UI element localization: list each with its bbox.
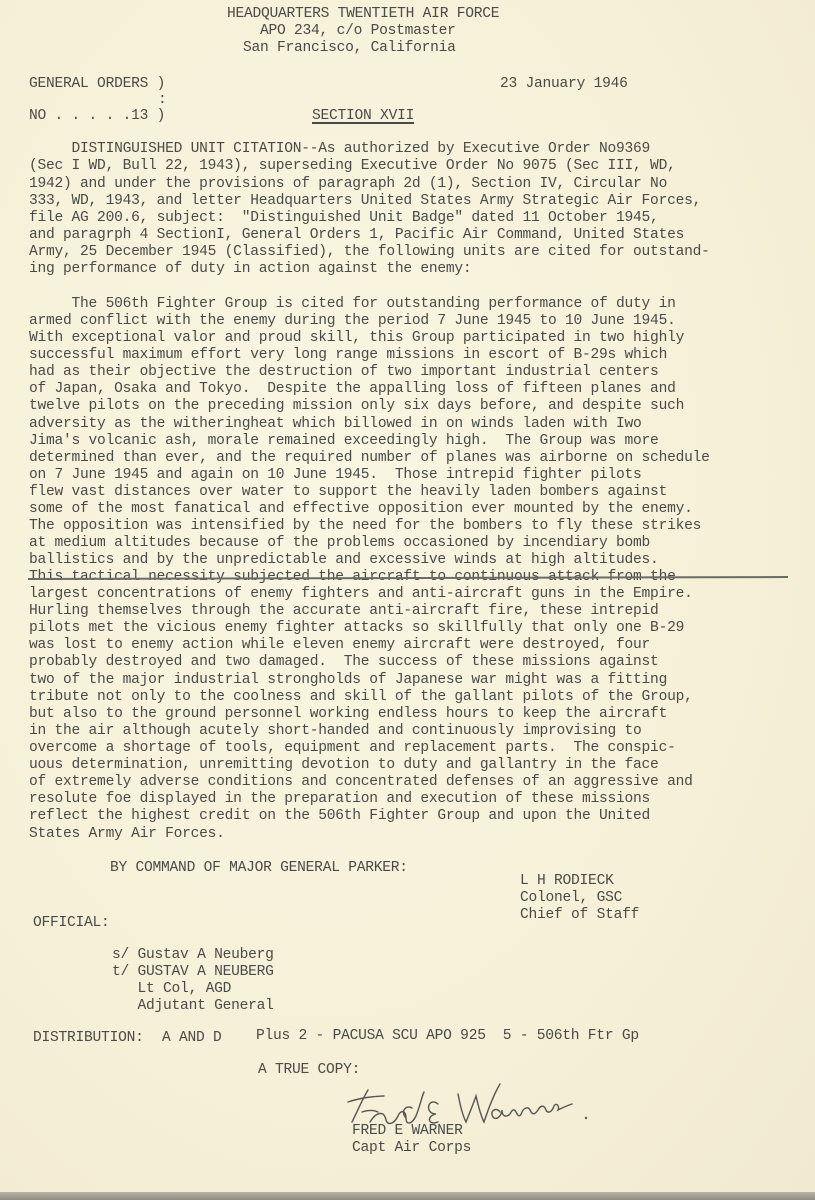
text-line: tribute not only to the coolness and ski… <box>29 689 693 705</box>
certifying-officer-name: FRED E WARNER <box>352 1123 463 1139</box>
text-line: uous determination, unremitting devotion… <box>29 757 659 773</box>
text-line: The 506th Fighter Group is cited for out… <box>29 296 676 312</box>
section-heading: SECTION XVII <box>312 108 414 124</box>
distribution-label: DISTRIBUTION: <box>33 1030 144 1046</box>
text-line: Jima's volcanic ash, morale remained exc… <box>29 433 659 449</box>
official-signed: s/ Gustav A Neuberg <box>112 947 274 963</box>
text-line: twelve pilots on the preceding mission o… <box>29 398 684 414</box>
text-line: States Army Air Forces. <box>29 826 225 842</box>
text-line: was lost to enemy action while eleven en… <box>29 637 650 653</box>
text-line: of extremely adverse conditions and conc… <box>29 774 693 790</box>
text-line: two of the major industrial strongholds … <box>29 672 667 688</box>
official-title: Adjutant General <box>112 998 274 1014</box>
text-line: armed conflict with the enemy during the… <box>29 313 676 329</box>
text-line: some of the most fanatical and effective… <box>29 501 693 517</box>
chief-of-staff-rank: Colonel, GSC <box>520 890 622 906</box>
text-line: overcome a shortage of tools, equipment … <box>29 740 676 756</box>
chief-of-staff-name: L H RODIECK <box>520 873 614 889</box>
page-bottom-edge <box>0 1192 815 1200</box>
text-line: had as their objective the destruction o… <box>29 364 659 380</box>
text-line: largest concentrations of enemy fighters… <box>29 586 693 602</box>
text-line: 333, WD, 1943, and letter Headquarters U… <box>29 193 701 209</box>
text-line: flew vast distances over water to suppor… <box>29 484 667 500</box>
header-org: HEADQUARTERS TWENTIETH AIR FORCE <box>227 6 499 22</box>
text-line: but also to the ground personnel working… <box>29 706 667 722</box>
general-orders-label: GENERAL ORDERS ) <box>29 76 165 92</box>
text-line: resolute foe displayed in the preparatio… <box>29 791 650 807</box>
official-typed-name: t/ GUSTAV A NEUBERG <box>112 964 274 980</box>
text-line: ballistics and by the unpredictable and … <box>29 552 659 568</box>
text-line: in the air although acutely short-handed… <box>29 723 642 739</box>
order-date: 23 January 1946 <box>500 76 628 92</box>
text-line: of Japan, Osaka and Tokyo. Despite the a… <box>29 381 676 397</box>
text-line: at medium altitudes because of the probl… <box>29 535 650 551</box>
text-line: pilots met the vicious enemy fighter att… <box>29 620 684 636</box>
official-rank: Lt Col, AGD <box>112 981 231 997</box>
by-command-line: BY COMMAND OF MAJOR GENERAL PARKER: <box>110 860 408 876</box>
certifying-officer-rank: Capt Air Corps <box>352 1140 471 1156</box>
text-line: 1942) and under the provisions of paragr… <box>29 176 667 192</box>
text-line: Army, 25 December 1945 (Classified), the… <box>29 244 710 260</box>
text-line: DISTINGUISHED UNIT CITATION--As authoriz… <box>29 141 650 157</box>
text-line: file AG 200.6, subject: "Distinguished U… <box>29 210 659 226</box>
distribution-details: Plus 2 - PACUSA SCU APO 925 5 - 506th Ft… <box>256 1028 639 1044</box>
text-line: (Sec I WD, Bull 22, 1943), superseding E… <box>29 158 676 174</box>
true-copy-label: A TRUE COPY: <box>258 1062 360 1078</box>
text-line: ing performance of duty in action agains… <box>29 261 471 277</box>
text-line: reflect the highest credit on the 506th … <box>29 808 650 824</box>
header-address-2: San Francisco, California <box>243 40 456 56</box>
text-line: probably destroyed and two damaged. The … <box>29 654 659 670</box>
text-line: With exceptional valor and proud skill, … <box>29 330 684 346</box>
distribution-codes: A AND D <box>162 1030 222 1046</box>
text-line: successful maximum effort very long rang… <box>29 347 667 363</box>
text-line: adversity as the witheringheat which bil… <box>29 416 642 432</box>
chief-of-staff-title: Chief of Staff <box>520 907 639 923</box>
orders-colon: : <box>158 92 167 108</box>
header-address-1: APO 234, c/o Postmaster <box>260 23 456 39</box>
text-line: on 7 June 1945 and again on 10 June 1945… <box>29 467 642 483</box>
text-line: The opposition was intensified by the ne… <box>29 518 701 534</box>
text-line: Hurling themselves through the accurate … <box>29 603 659 619</box>
text-line: determined than ever, and the required n… <box>29 450 710 466</box>
document-page: HEADQUARTERS TWENTIETH AIR FORCE APO 234… <box>0 0 815 1192</box>
official-label: OFFICIAL: <box>33 915 110 931</box>
order-number: NO . . . . .13 ) <box>29 108 165 124</box>
text-line: and paragrph 4 SectionI, General Orders … <box>29 227 684 243</box>
